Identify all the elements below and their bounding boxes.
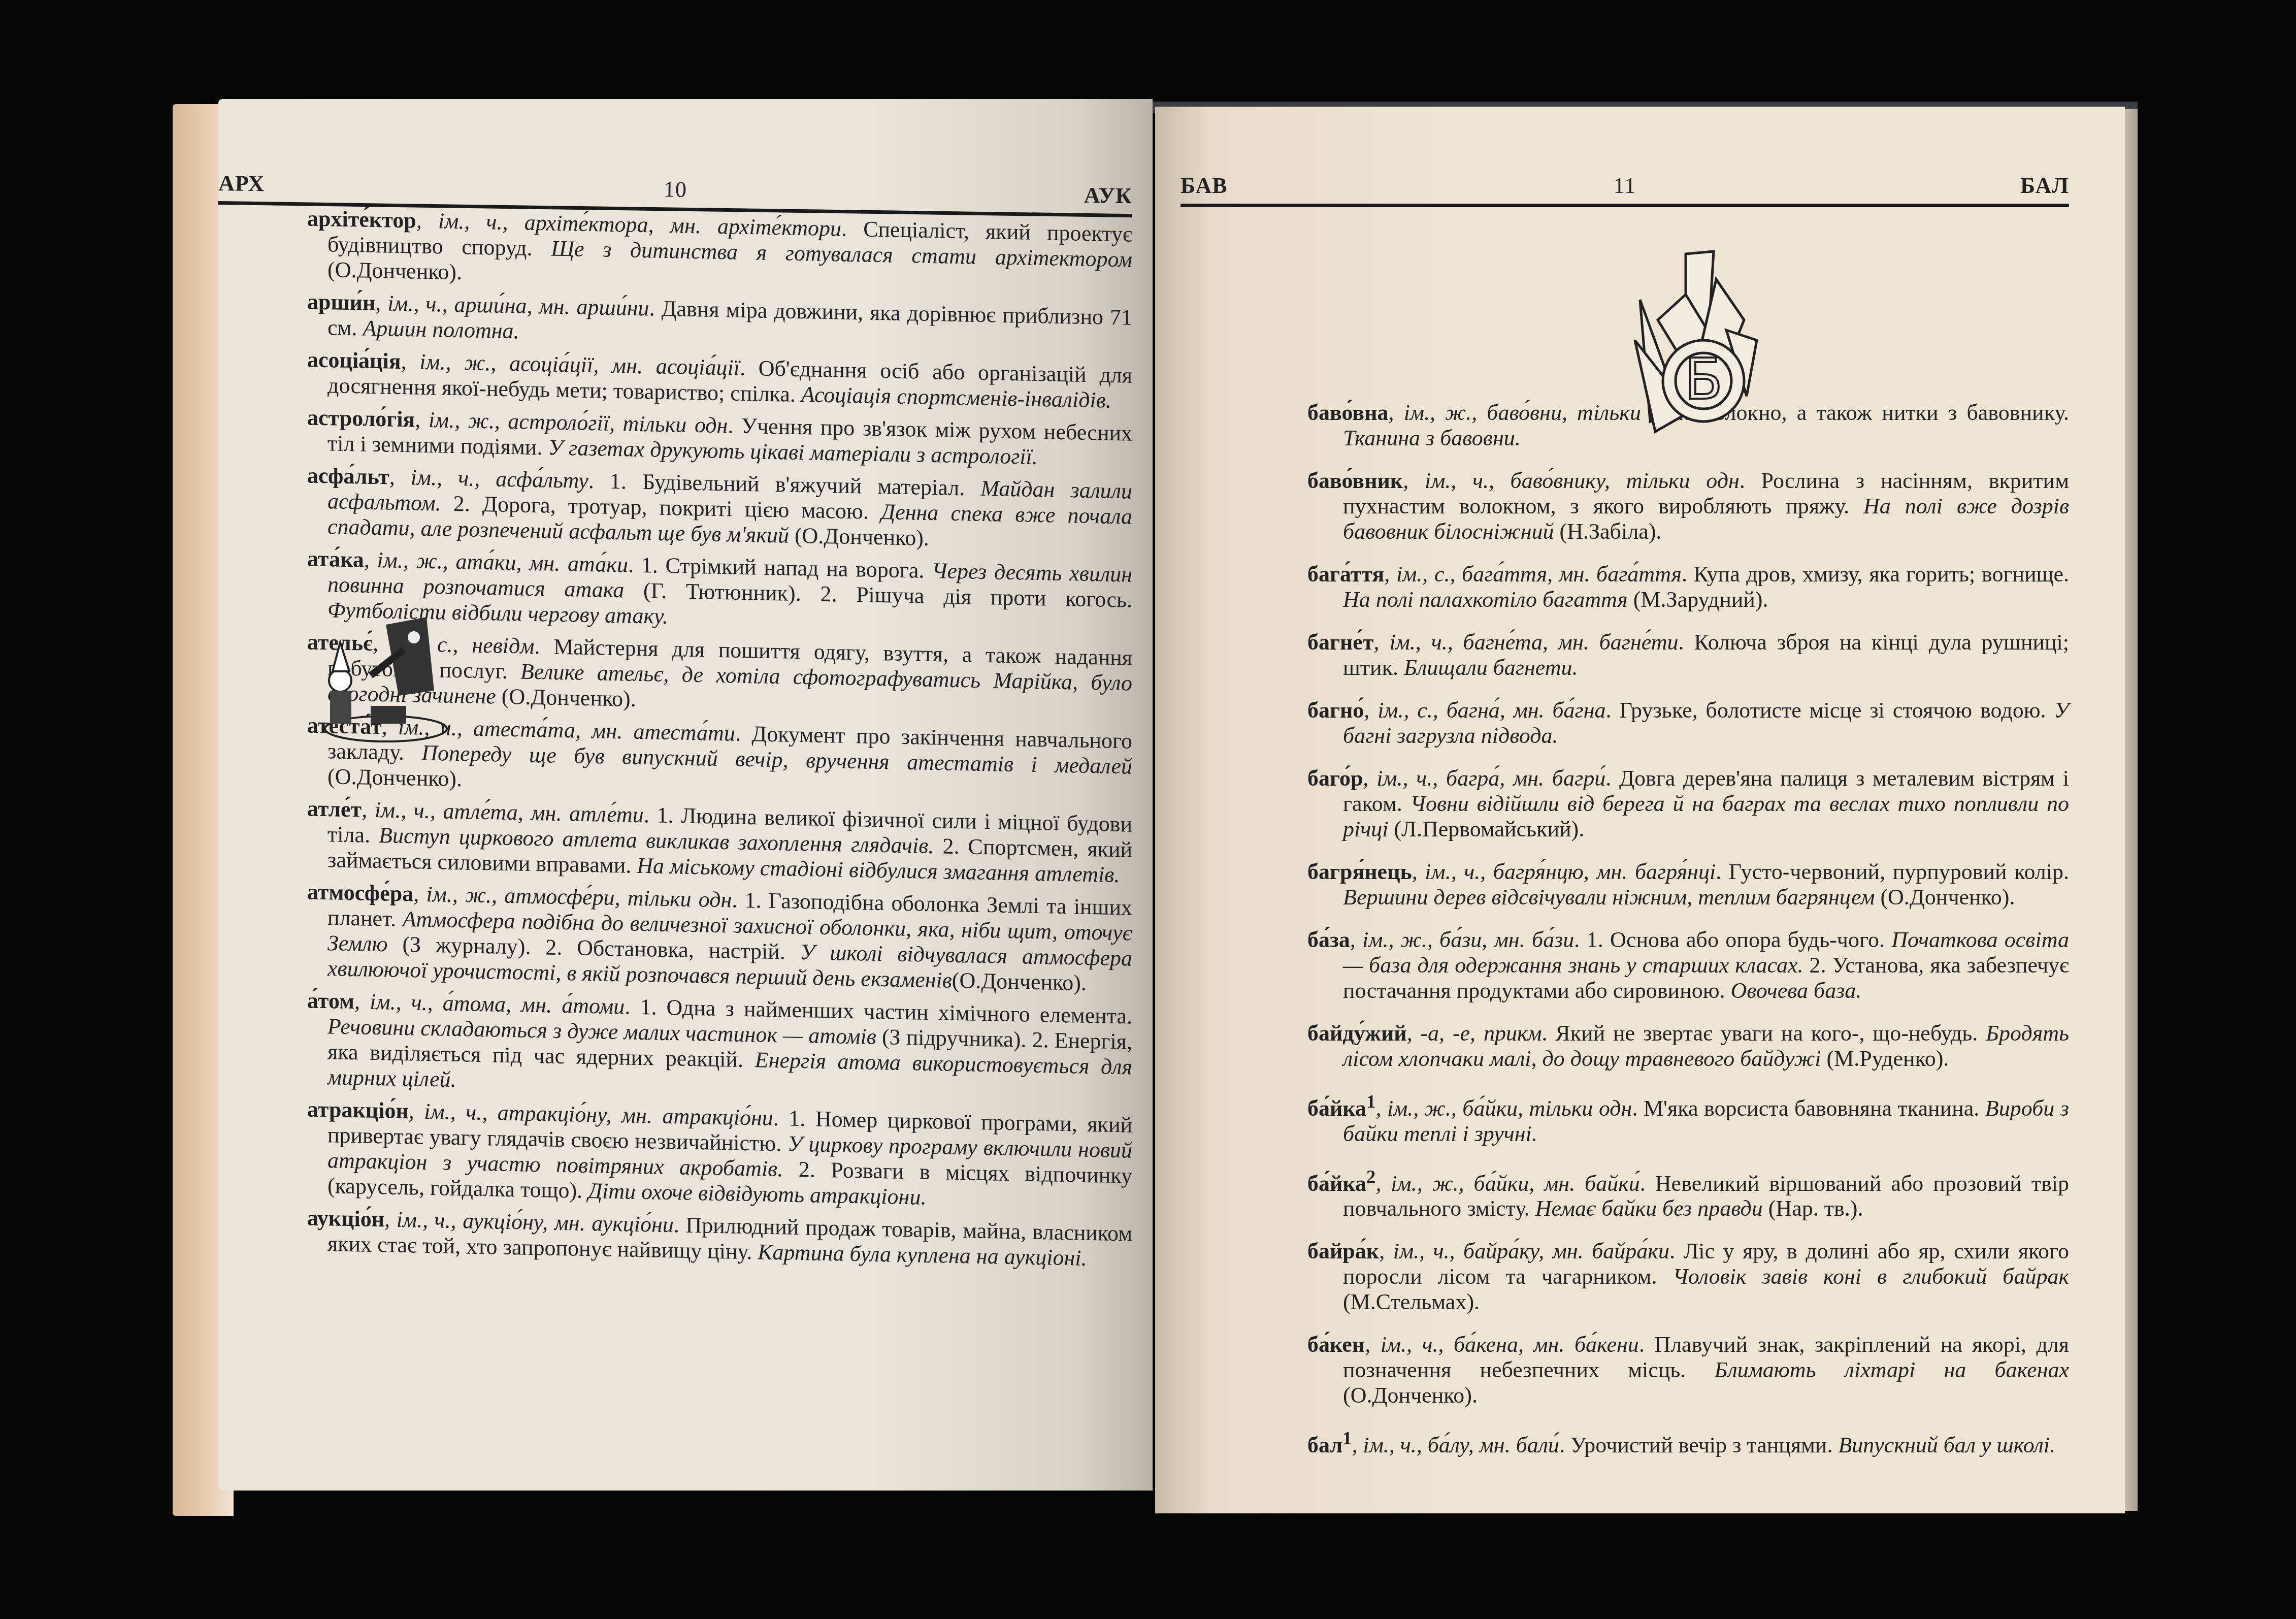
headword: ба́йка — [1307, 1171, 1366, 1195]
headword: бага́ття — [1307, 562, 1384, 587]
grammar-notes: , ім., ч., ба́кена, мн. ба́кени — [1365, 1332, 1639, 1357]
dictionary-entry: архіте́ктор, ім., ч., архіте́ктора, мн. … — [307, 206, 1132, 298]
dictionary-entry: байра́к, ім., ч., байра́ку, мн. байра́ки… — [1307, 1239, 2069, 1315]
dictionary-entry: бага́ття, ім., с., бага́ття, мн. бага́тт… — [1307, 562, 2069, 612]
letter-b-emblem-icon: Б — [1625, 244, 1777, 442]
headword: багне́т — [1307, 630, 1373, 655]
headword: ба́йка — [1307, 1096, 1366, 1121]
headword: байду́жий — [1307, 1021, 1407, 1046]
dictionary-entry: атмосфе́ра, ім., ж., атмосфе́ри, тільки … — [307, 879, 1132, 996]
citation-source: (О.Донченко). — [1875, 885, 2015, 910]
dictionary-entry: ба́за, ім., ж., ба́зи, мн. ба́зи. 1. Осн… — [1307, 927, 2069, 1003]
grammar-notes: , ім., с., бага́ття, мн. бага́ття — [1384, 562, 1682, 587]
dictionary-entry: баво́вник, ім., ч., баво́внику, тільки о… — [1307, 468, 2069, 544]
dictionary-entry: ба́йка2, ім., ж., ба́йки, мн. байки́. Не… — [1307, 1164, 2069, 1222]
svg-text:Б: Б — [1684, 347, 1722, 412]
headword: ата́ка — [307, 546, 364, 572]
dictionary-entry: асоціа́ція, ім., ж., асоціа́ції, мн. асо… — [307, 347, 1132, 413]
grammar-notes: , ім., ч., багря́нцю, мн. багря́нці — [1412, 859, 1716, 884]
headword: баво́вник — [1307, 468, 1403, 493]
guide-word-first: БАВ — [1180, 173, 1228, 199]
usage-example: На полі палахкотіло багаття — [1343, 587, 1628, 612]
grammar-notes: , ім., ч., багне́та, мн. багне́ти — [1373, 630, 1678, 655]
citation-source: (Л.Первомайський). — [1388, 817, 1584, 841]
headword: атракціо́н — [307, 1096, 409, 1123]
citation-source: (О.Донченко). — [1343, 1383, 1478, 1408]
headword: атмосфе́ра — [307, 879, 413, 906]
guide-word-last: БАЛ — [2020, 173, 2069, 199]
citation-source: (М.Зарудний). — [1628, 587, 1768, 612]
usage-example: Тканина з бавовни. — [1343, 426, 1521, 450]
open-book: АРХ 10 АУК архіте́ктор, ім., ч., архіте́… — [0, 0, 2296, 1619]
dictionary-entry: аукціо́н, ім., ч., аукціо́ну, мн. аукціо… — [307, 1205, 1132, 1272]
dictionary-entry: багно́, ім., с., багна́, мн. ба́гна. Гру… — [1307, 698, 2069, 749]
guide-word-last: АУК — [1084, 182, 1132, 209]
guide-word-first: АРХ — [218, 170, 265, 197]
grammar-notes: , ім., ч., багра́, мн. багри́ — [1363, 766, 1605, 791]
dictionary-entry: ба́кен, ім., ч., ба́кена, мн. ба́кени. П… — [1307, 1332, 2069, 1408]
headword: ба́за — [1307, 927, 1350, 952]
definition: . Купа дров, хмизу, яка горить; вогнище. — [1682, 562, 2069, 587]
grammar-notes: , ім., ж., ата́ки, мн. ата́ки — [364, 547, 628, 577]
usage-example: Вершини дерев відсвічували ніжним, тепли… — [1343, 885, 1875, 910]
dictionary-entry: арши́н, ім., ч., арши́на, мн. арши́ни. Д… — [307, 289, 1132, 355]
grammar-notes: , ім., ж., ба́зи, мн. ба́зи — [1350, 927, 1575, 952]
dictionary-entry: асфа́льт, ім., ч., асфа́льту. 1. Будівел… — [307, 463, 1132, 555]
headword: арши́н — [307, 289, 375, 315]
headword: бал — [1307, 1433, 1342, 1458]
citation-source: (О.Донченко). — [789, 523, 929, 551]
grammar-notes: , ім., ч., асфа́льту — [389, 465, 588, 494]
usage-example: Чоловік завів коні в глибокий байрак — [1672, 1264, 2069, 1289]
definition: . Який не звертає уваги на кого-, що-неб… — [1542, 1021, 1986, 1046]
dictionary-entry: багне́т, ім., ч., багне́та, мн. багне́ти… — [1307, 630, 2069, 681]
headword: баво́вна — [1307, 400, 1388, 425]
citation-source: (М.Руденко). — [1821, 1046, 1949, 1071]
grammar-notes: , ім., ч., баво́внику, тільки одн — [1403, 468, 1740, 493]
dictionary-entry: астроло́гія, ім., ж., астроло́гії, тільк… — [307, 405, 1132, 471]
grammar-notes: , ім., ч., байра́ку, мн. байра́ки — [1379, 1239, 1669, 1264]
grammar-notes: , ім., ж., ба́йки, мн. байки́ — [1375, 1171, 1639, 1195]
astrologer-telescope-icon — [310, 614, 457, 747]
homonym-number: 1 — [1342, 1428, 1352, 1448]
dictionary-entry: а́том, ім., ч., а́тома, мн. а́томи. 1. О… — [307, 988, 1132, 1105]
homonym-number: 1 — [1366, 1091, 1375, 1112]
dictionary-entry: баго́р, ім., ч., багра́, мн. багри́. Дов… — [1307, 766, 2069, 842]
dictionary-entry: атракціо́н, ім., ч., атракціо́ну, мн. ат… — [307, 1096, 1132, 1214]
citation-source: (О.Донченко). — [952, 968, 1087, 995]
headword: асфа́льт — [307, 463, 389, 489]
running-header-right-page: БАВ 11 БАЛ — [1180, 173, 2069, 207]
definition: . 1. Основа або опора будь-чого. — [1574, 927, 1891, 952]
usage-example: Випускний бал у школі. — [1838, 1433, 2055, 1458]
headword: байра́к — [1307, 1239, 1379, 1264]
headword: аукціо́н — [307, 1205, 384, 1232]
homonym-number: 2 — [1366, 1166, 1375, 1187]
definition: . Густо-червоний, пурпуровий колір. — [1716, 859, 2069, 884]
citation-source: (М.Стельмах). — [1343, 1289, 1480, 1314]
dictionary-entry: байду́жий, -а, -е, прикм. Який не зверта… — [1307, 1021, 2069, 1072]
citation-source: (Нар. тв.). — [1763, 1196, 1863, 1221]
definition: . Грузьке, болотисте місце зі стоячою во… — [1606, 698, 2054, 723]
headword: а́том — [307, 988, 354, 1014]
definition: . Урочистий вечір з танцями. — [1559, 1433, 1838, 1458]
grammar-notes: , ім., ч., ба́лу, мн. бали́ — [1352, 1433, 1559, 1458]
grammar-notes: , ім., ж., ба́йки, тільки одн — [1375, 1096, 1632, 1121]
usage-example: Блищали багнети. — [1404, 655, 1578, 680]
usage-example: Немає байки без правди — [1535, 1196, 1763, 1221]
dictionary-entry: ба́йка1, ім., ж., ба́йки, тільки одн. М'… — [1307, 1089, 2069, 1147]
dictionary-entry: атле́т, ім., ч., атле́та, мн. атле́ти. 1… — [307, 796, 1132, 888]
headword: астроло́гія — [307, 405, 415, 432]
grammar-notes: , -а, -е, прикм — [1407, 1021, 1542, 1046]
usage-example: Аршин полотна. — [363, 315, 519, 343]
headword: ба́кен — [1307, 1332, 1365, 1357]
headword: баго́р — [1307, 766, 1363, 791]
entry-list: баво́вна, ім., ж., баво́вни, тільки одн.… — [1180, 400, 2069, 1458]
usage-example-2: Овочева база. — [1731, 978, 1862, 1003]
headword: багря́нець — [1307, 859, 1412, 884]
grammar-notes: , ім., ч., а́тома, мн. а́томи — [354, 989, 625, 1019]
usage-example: Блимають ліхтарі на бакенах — [1715, 1357, 2069, 1382]
citation-source: (О.Донченко). — [327, 764, 462, 791]
citation-source: (О.Донченко). — [496, 684, 636, 711]
headword: атле́т — [307, 796, 362, 822]
left-page: АРХ 10 АУК архіте́ктор, ім., ч., архіте́… — [218, 99, 1153, 1491]
definition: . М'яка ворсиста бавовняна тканина. — [1632, 1096, 1985, 1121]
citation-source: (Н.Забіла). — [1554, 519, 1662, 544]
page-number: 10 — [664, 176, 687, 203]
headword: асоціа́ція — [307, 347, 401, 374]
headword: архіте́ктор — [307, 206, 416, 233]
dictionary-entry: багря́нець, ім., ч., багря́нцю, мн. багр… — [1307, 859, 2069, 910]
dictionary-entry: бал1, ім., ч., ба́лу, мн. бали́. Урочист… — [1307, 1426, 2069, 1458]
grammar-notes: , ім., с., багна́, мн. ба́гна — [1364, 698, 1605, 723]
citation-source: (О.Донченко). — [327, 257, 462, 284]
page-number: 11 — [1614, 173, 1636, 199]
grammar-notes: , ім., ч., арши́на, мн. арши́ни — [375, 290, 649, 320]
usage-example: Асоціація спортсменів-інвалідів. — [801, 382, 1111, 413]
headword: багно́ — [1307, 698, 1364, 723]
